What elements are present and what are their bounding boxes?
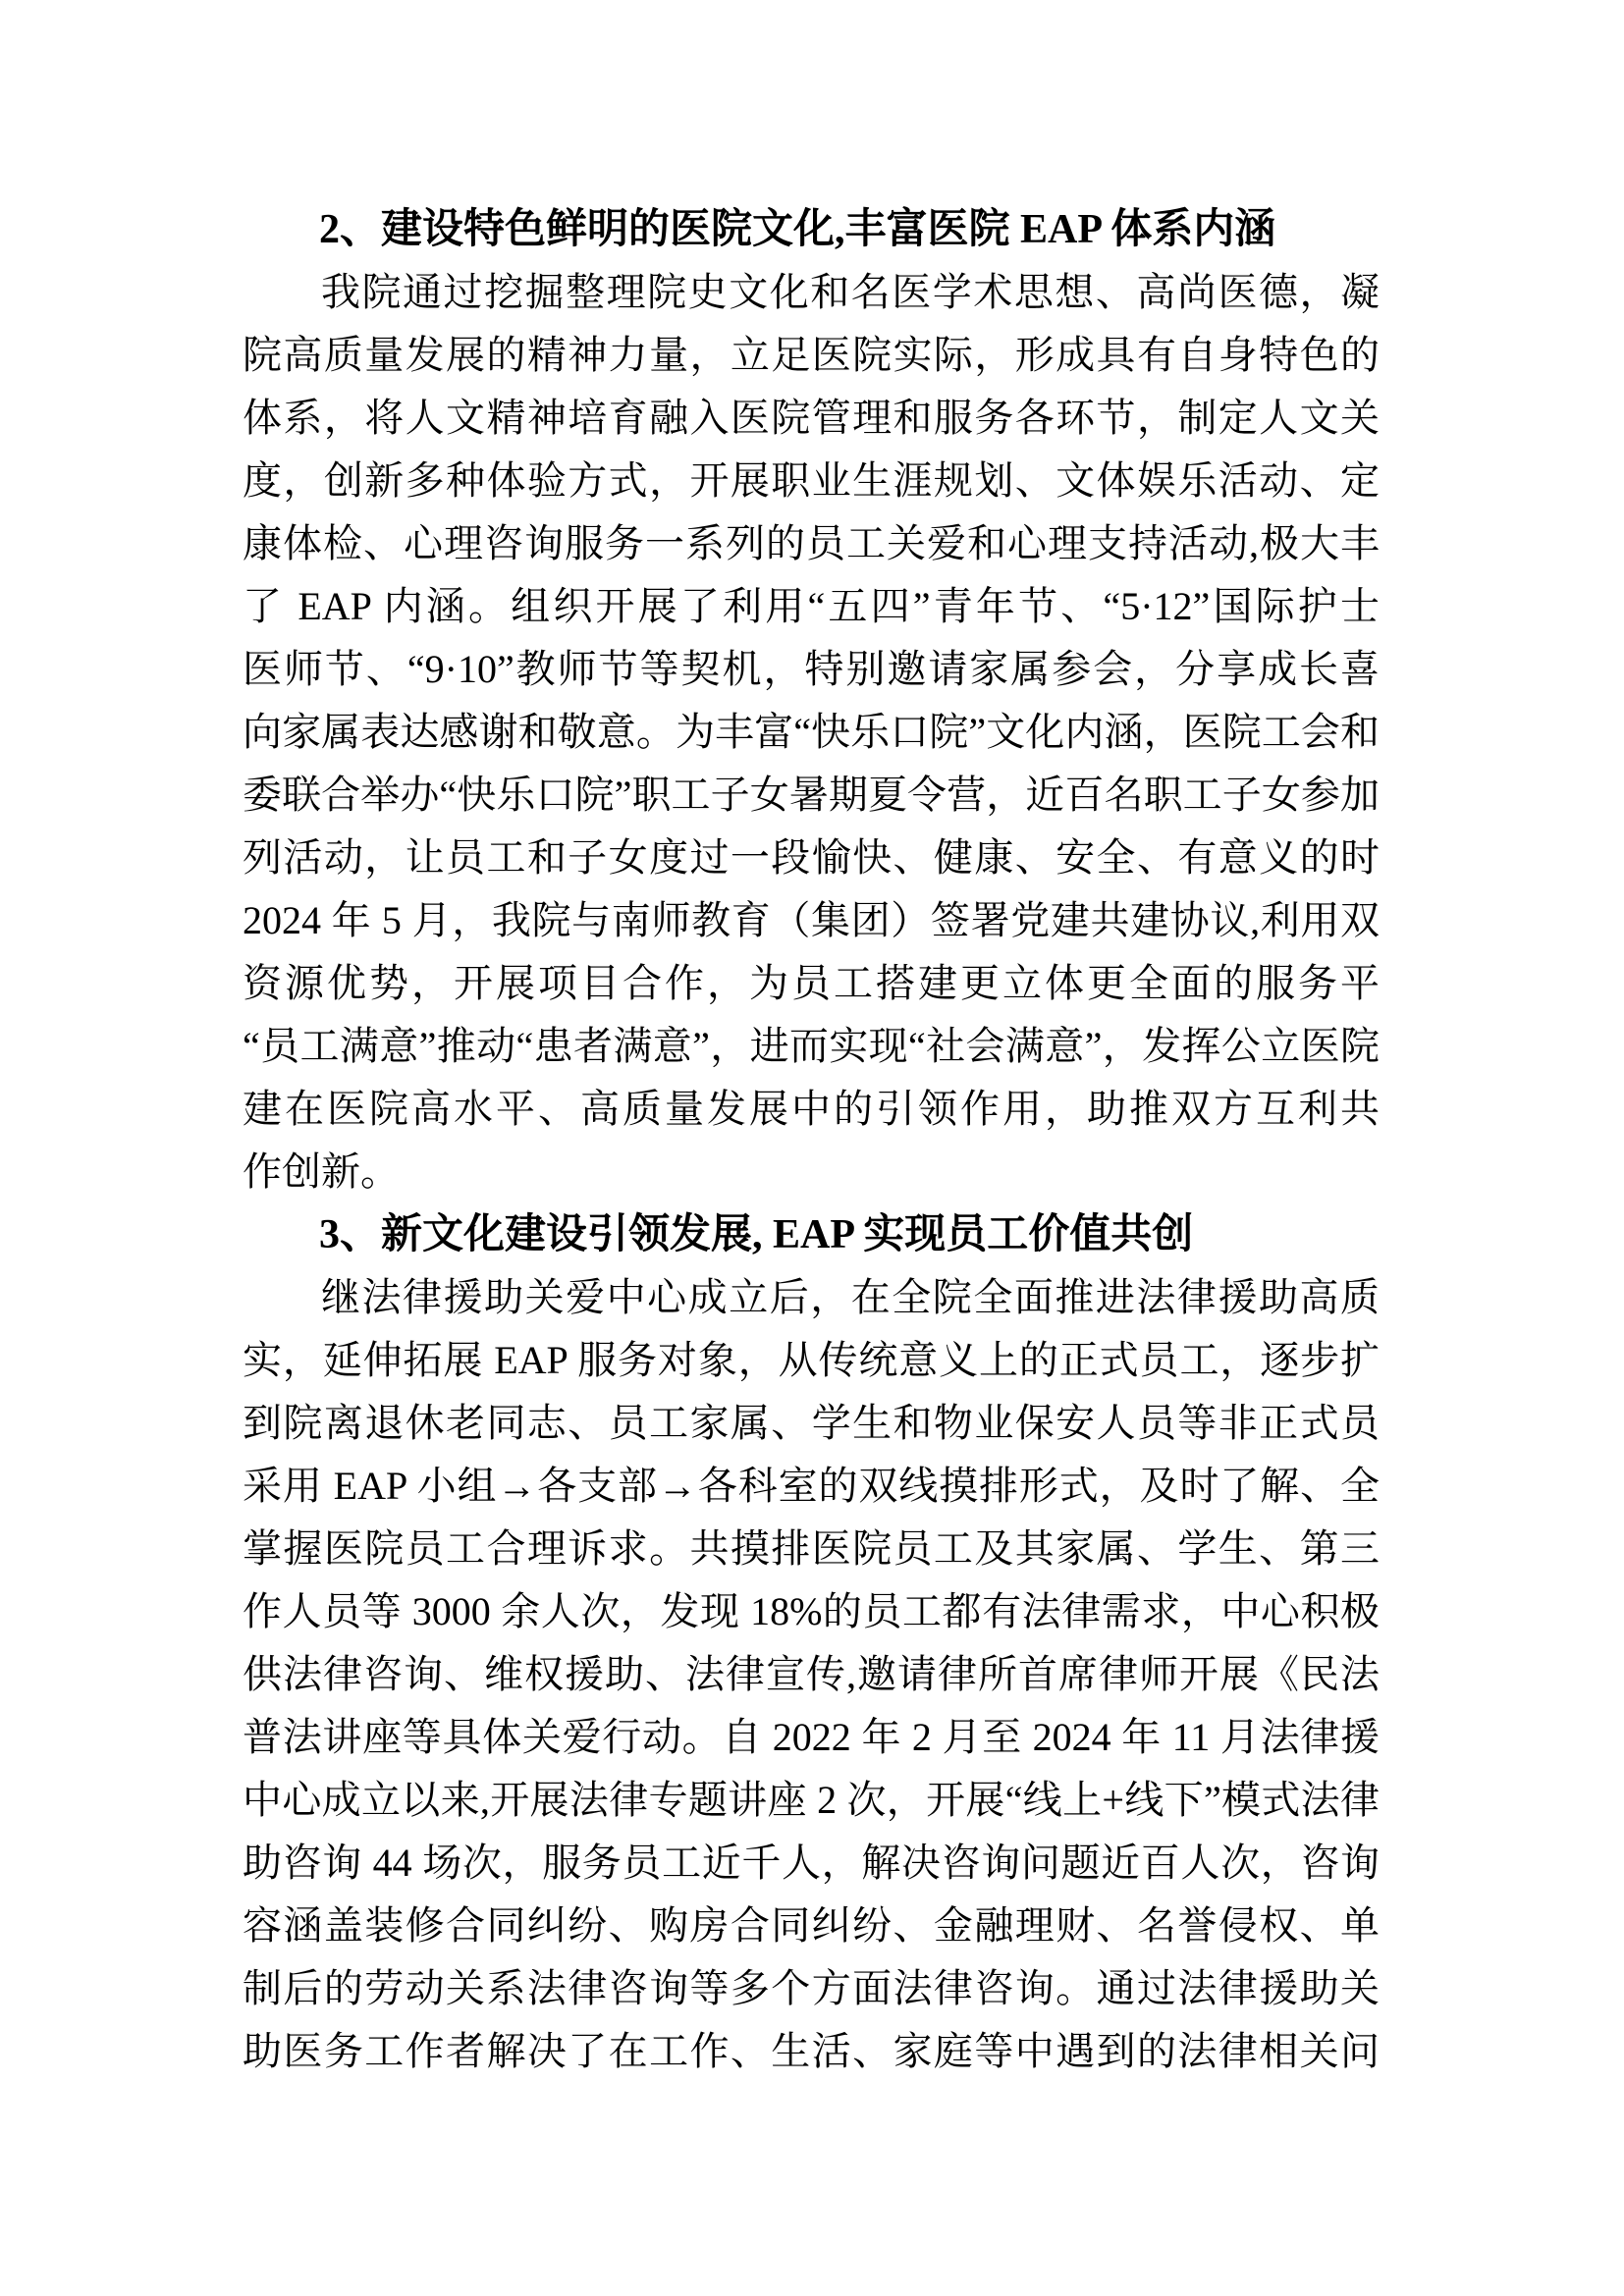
section-heading: 3、新文化建设引领发展, EAP 实现员工价值共创	[243, 1203, 1380, 1266]
paragraph-line: 列活动，让员工和子女度过一段愉快、健康、安全、有意义的时光。	[243, 827, 1380, 889]
paragraph-line: 资源优势，开展项目合作，为员工搭建更立体更全面的服务平台，以	[243, 952, 1380, 1015]
paragraph-line: 制后的劳动关系法律咨询等多个方面法律咨询。通过法律援助关爱帮	[243, 1957, 1380, 2020]
paragraph-line: 了 EAP 内涵。组织开展了利用“五四”青年节、“5·12”国际护士节、“8·1…	[243, 575, 1380, 638]
heading-text: 建设特色鲜明的医院文化,丰富医院 EAP 体系内涵	[381, 207, 1275, 252]
paragraph-line: 采用 EAP 小组→各支部→各科室的双线摸排形式，及时了解、全面	[243, 1455, 1380, 1518]
paragraph-line: 委联合举办“快乐口院”职工子女暑期夏令营，近百名职工子女参加系	[243, 764, 1380, 827]
paragraph-line: 助医务工作者解决了在工作、生活、家庭等中遇到的法律相关问题，	[243, 2020, 1380, 2083]
paragraph-line: 作创新。	[243, 1141, 1380, 1203]
heading-text: 新文化建设引领发展, EAP 实现员工价值共创	[381, 1212, 1193, 1257]
section-heading: 2、建设特色鲜明的医院文化,丰富医院 EAP 体系内涵	[243, 198, 1380, 261]
heading-number: 2、	[319, 207, 381, 252]
paragraph-line: 向家属表达感谢和敬意。为丰富“快乐口院”文化内涵，医院工会和团	[243, 701, 1380, 764]
paragraph-line: “员工满意”推动“患者满意”，进而实现“社会满意”，发挥公立医院党	[243, 1015, 1380, 1078]
paragraph-line: 中心成立以来,开展法律专题讲座 2 次，开展“线上+线下”模式法律援	[243, 1769, 1380, 1832]
paragraph-line: 2024 年 5 月，我院与南师教育（集团）签署党建共建协议,利用双方	[243, 889, 1380, 952]
paragraph-line: 普法讲座等具体关爱行动。自 2022 年 2 月至 2024 年 11 月法律援…	[243, 1706, 1380, 1769]
paragraph-line: 实，延伸拓展 EAP 服务对象，从传统意义上的正式员工，逐步扩展	[243, 1329, 1380, 1392]
paragraph-line: 继法律援助关爱中心成立后，在全院全面推进法律援助高质量落	[243, 1266, 1380, 1329]
paragraph-line: 供法律咨询、维权援助、法律宣传,邀请律所首席律师开展《民法典》	[243, 1643, 1380, 1706]
paragraph-line: 作人员等 3000 余人次，发现 18%的员工都有法律需求，中心积极提	[243, 1580, 1380, 1643]
paragraph-line: 到院离退休老同志、员工家属、学生和物业保安人员等非正式员工。	[243, 1392, 1380, 1455]
paragraph-line: 建在医院高水平、高质量发展中的引领作用，助推双方互利共赢、合	[243, 1078, 1380, 1141]
document-page: 2、建设特色鲜明的医院文化,丰富医院 EAP 体系内涵我院通过挖掘整理院史文化和…	[0, 0, 1624, 2296]
paragraph-line: 院高质量发展的精神力量，立足医院实际，形成具有自身特色的文化	[243, 324, 1380, 387]
paragraph-line: 掌握医院员工合理诉求。共摸排医院员工及其家属、学生、第三方工	[243, 1518, 1380, 1580]
heading-number: 3、	[319, 1212, 381, 1257]
paragraph-line: 度，创新多种体验方式，开展职业生涯规划、文体娱乐活动、定期健	[243, 450, 1380, 512]
paragraph-line: 体系，将人文精神培育融入医院管理和服务各环节，制定人文关怀制	[243, 387, 1380, 450]
paragraph-line: 康体检、心理咨询服务一系列的员工关爱和心理支持活动,极大丰富	[243, 512, 1380, 575]
paragraph-line: 我院通过挖掘整理院史文化和名医学术思想、高尚医德，凝聚医	[243, 261, 1380, 324]
document-content: 2、建设特色鲜明的医院文化,丰富医院 EAP 体系内涵我院通过挖掘整理院史文化和…	[243, 198, 1380, 2083]
paragraph-line: 助咨询 44 场次，服务员工近千人，解决咨询问题近百人次，咨询内	[243, 1832, 1380, 1895]
paragraph-line: 容涵盖装修合同纠纷、购房合同纠纷、金融理财、名誉侵权、单位改	[243, 1895, 1380, 1957]
paragraph-line: 医师节、“9·10”教师节等契机，特别邀请家属参会，分享成长喜悦，	[243, 638, 1380, 701]
